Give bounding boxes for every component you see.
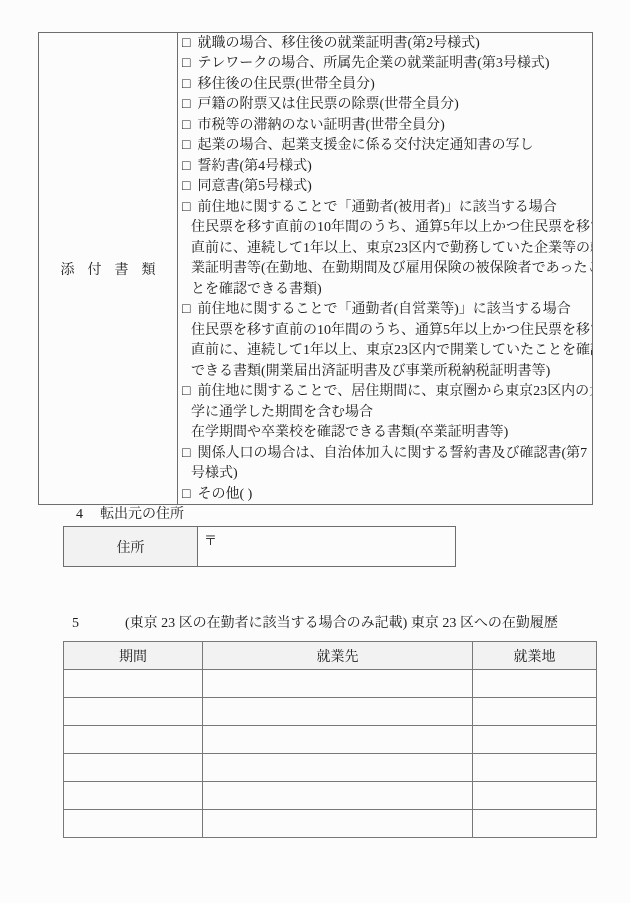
checkbox-icon[interactable]: □ (182, 136, 190, 157)
work-history-cell[interactable] (473, 726, 597, 754)
section4-title: 転出元の住所 (100, 507, 184, 522)
attachment-line-text: 同意書(第5号様式) (197, 179, 311, 194)
attachment-line-text: 就職の場合、移住後の就業証明書(第2号様式) (197, 36, 479, 51)
work-history-table: 期間 就業先 就業地 (63, 641, 597, 838)
attachment-line: □同意書(第5号様式) (178, 177, 592, 198)
work-history-row (64, 698, 597, 726)
attachment-line: □就職の場合、移住後の就業証明書(第2号様式) (178, 34, 592, 55)
attachment-line-text: その他( ) (197, 487, 252, 502)
attachments-row-label: 添付書類 (61, 259, 169, 279)
attachment-line: □市税等の滞納のない証明書(世帯全員分) (178, 116, 592, 137)
attachment-line: □前住地に関することで「通勤者(被用者)」に該当する場合 (178, 198, 592, 219)
attachment-line-text: テレワークの場合、所属先企業の就業証明書(第3号様式) (197, 56, 549, 71)
attachment-line-text: 誓約書(第4号様式) (197, 159, 311, 174)
address-label: 住所 (117, 537, 145, 557)
attachment-line-text: 起業の場合、起業支援金に係る交付決定通知書の写し (197, 138, 533, 153)
section5-number: 5 (72, 616, 79, 632)
attachment-line-text: 直前に、連続して1年以上、東京23区内で開業していたことを確認 (191, 343, 592, 358)
checkbox-icon[interactable]: □ (182, 300, 190, 321)
attachment-line: 在学期間や卒業校を確認できる書類(卒業証明書等) (178, 423, 592, 444)
work-history-cell[interactable] (203, 698, 473, 726)
attachment-line: □誓約書(第4号様式) (178, 157, 592, 178)
checkbox-icon[interactable]: □ (182, 95, 190, 116)
address-value-cell[interactable]: 〒 (198, 527, 455, 566)
work-history-row (64, 782, 597, 810)
attachment-line: 業証明書等(在勤地、在勤期間及び雇用保険の被保険者であったこ (178, 259, 592, 280)
attachment-line: □前住地に関することで、居住期間に、東京圏から東京23区内の大 (178, 382, 592, 403)
attachment-line-text: とを確認できる書類) (191, 282, 322, 297)
attachments-row-label-cell: 添付書類 (39, 33, 178, 504)
attachment-line-text: 住民票を移す直前の10年間のうち、通算5年以上かつ住民票を移す (191, 323, 592, 338)
section4-heading: 4転出元の住所 (76, 507, 184, 523)
work-history-cell[interactable] (64, 698, 203, 726)
attachment-line-text: 移住後の住民票(世帯全員分) (197, 77, 374, 92)
checkbox-icon[interactable]: □ (182, 34, 190, 55)
attachments-content-cell: □就職の場合、移住後の就業証明書(第2号様式)□テレワークの場合、所属先企業の就… (178, 33, 592, 504)
section4-number: 4 (76, 507, 83, 523)
attachment-line: □テレワークの場合、所属先企業の就業証明書(第3号様式) (178, 54, 592, 75)
attachment-line: 住民票を移す直前の10年間のうち、通算5年以上かつ住民票を移す (178, 218, 592, 239)
attachments-table: 添付書類 □就職の場合、移住後の就業証明書(第2号様式)□テレワークの場合、所属… (38, 32, 593, 505)
attachment-line-text: 直前に、連続して1年以上、東京23区内で勤務していた企業等の就 (191, 241, 592, 256)
work-history-cell[interactable] (64, 670, 203, 698)
attachment-line-text: 戸籍の附票又は住民票の除票(世帯全員分) (197, 97, 458, 112)
work-history-cell[interactable] (64, 754, 203, 782)
attachment-line: できる書類(開業届出済証明書及び事業所税納税証明書等) (178, 362, 592, 383)
checkbox-icon[interactable]: □ (182, 485, 190, 505)
work-history-cell[interactable] (473, 754, 597, 782)
address-table: 住所 〒 (63, 526, 456, 567)
attachment-line: 号様式) (178, 464, 592, 485)
work-history-row (64, 726, 597, 754)
attachment-line-text: 前住地に関することで「通勤者(被用者)」に該当する場合 (197, 200, 556, 215)
attachment-line-text: 在学期間や卒業校を確認できる書類(卒業証明書等) (191, 425, 508, 440)
attachment-line-text: 住民票を移す直前の10年間のうち、通算5年以上かつ住民票を移す (191, 220, 592, 235)
attachment-line: □関係人口の場合は、自治体加入に関する誓約書及び確認書(第7 (178, 444, 592, 465)
section5-title: (東京 23 区の在勤者に該当する場合のみ記載) 東京 23 区への在勤履歴 (125, 616, 558, 631)
checkbox-icon[interactable]: □ (182, 75, 190, 96)
work-history-row (64, 754, 597, 782)
checkbox-icon[interactable]: □ (182, 116, 190, 137)
work-history-cell[interactable] (64, 782, 203, 810)
attachment-line-text: 前住地に関することで「通勤者(自営業等)」に該当する場合 (197, 302, 570, 317)
work-history-cell[interactable] (64, 810, 203, 838)
address-label-cell: 住所 (64, 527, 198, 566)
attachment-line: 学に通学した期間を含む場合 (178, 403, 592, 424)
attachment-line-text: 市税等の滞納のない証明書(世帯全員分) (197, 118, 444, 133)
work-history-cell[interactable] (203, 810, 473, 838)
work-history-cell[interactable] (473, 810, 597, 838)
document-page: 添付書類 □就職の場合、移住後の就業証明書(第2号様式)□テレワークの場合、所属… (0, 0, 630, 903)
attachment-line-text: 号様式) (191, 466, 238, 481)
checkbox-icon[interactable]: □ (182, 382, 190, 403)
attachment-line-text: 関係人口の場合は、自治体加入に関する誓約書及び確認書(第7 (197, 446, 587, 461)
attachment-line: □起業の場合、起業支援金に係る交付決定通知書の写し (178, 136, 592, 157)
work-history-cell[interactable] (203, 726, 473, 754)
work-history-cell[interactable] (473, 670, 597, 698)
work-history-header-location: 就業地 (473, 642, 597, 670)
attachment-line-text: 業証明書等(在勤地、在勤期間及び雇用保険の被保険者であったこ (191, 261, 592, 276)
postal-mark: 〒 (204, 533, 217, 548)
attachment-line: 住民票を移す直前の10年間のうち、通算5年以上かつ住民票を移す (178, 321, 592, 342)
work-history-row (64, 670, 597, 698)
checkbox-icon[interactable]: □ (182, 157, 190, 178)
work-history-cell[interactable] (203, 782, 473, 810)
checkbox-icon[interactable]: □ (182, 444, 190, 465)
attachment-line-text: 前住地に関することで、居住期間に、東京圏から東京23区内の大 (197, 384, 592, 399)
checkbox-icon[interactable]: □ (182, 177, 190, 198)
attachment-line-text: 学に通学した期間を含む場合 (191, 405, 373, 420)
section5-heading: 5(東京 23 区の在勤者に該当する場合のみ記載) 東京 23 区への在勤履歴 (72, 616, 558, 632)
attachment-line: 直前に、連続して1年以上、東京23区内で開業していたことを確認 (178, 341, 592, 362)
work-history-cell[interactable] (473, 698, 597, 726)
attachment-line: 直前に、連続して1年以上、東京23区内で勤務していた企業等の就 (178, 239, 592, 260)
work-history-header-employer: 就業先 (203, 642, 473, 670)
work-history-cell[interactable] (473, 782, 597, 810)
attachment-line: □前住地に関することで「通勤者(自営業等)」に該当する場合 (178, 300, 592, 321)
checkbox-icon[interactable]: □ (182, 54, 190, 75)
work-history-cell[interactable] (203, 754, 473, 782)
work-history-row (64, 810, 597, 838)
attachment-line: □戸籍の附票又は住民票の除票(世帯全員分) (178, 95, 592, 116)
attachment-line: □その他( ) (178, 485, 592, 505)
attachment-line: □移住後の住民票(世帯全員分) (178, 75, 592, 96)
work-history-header-row: 期間 就業先 就業地 (64, 642, 597, 670)
attachment-line: とを確認できる書類) (178, 280, 592, 301)
work-history-header-period: 期間 (64, 642, 203, 670)
checkbox-icon[interactable]: □ (182, 198, 190, 219)
work-history-cell[interactable] (203, 670, 473, 698)
work-history-cell[interactable] (64, 726, 203, 754)
attachment-line-text: できる書類(開業届出済証明書及び事業所税納税証明書等) (191, 364, 550, 379)
